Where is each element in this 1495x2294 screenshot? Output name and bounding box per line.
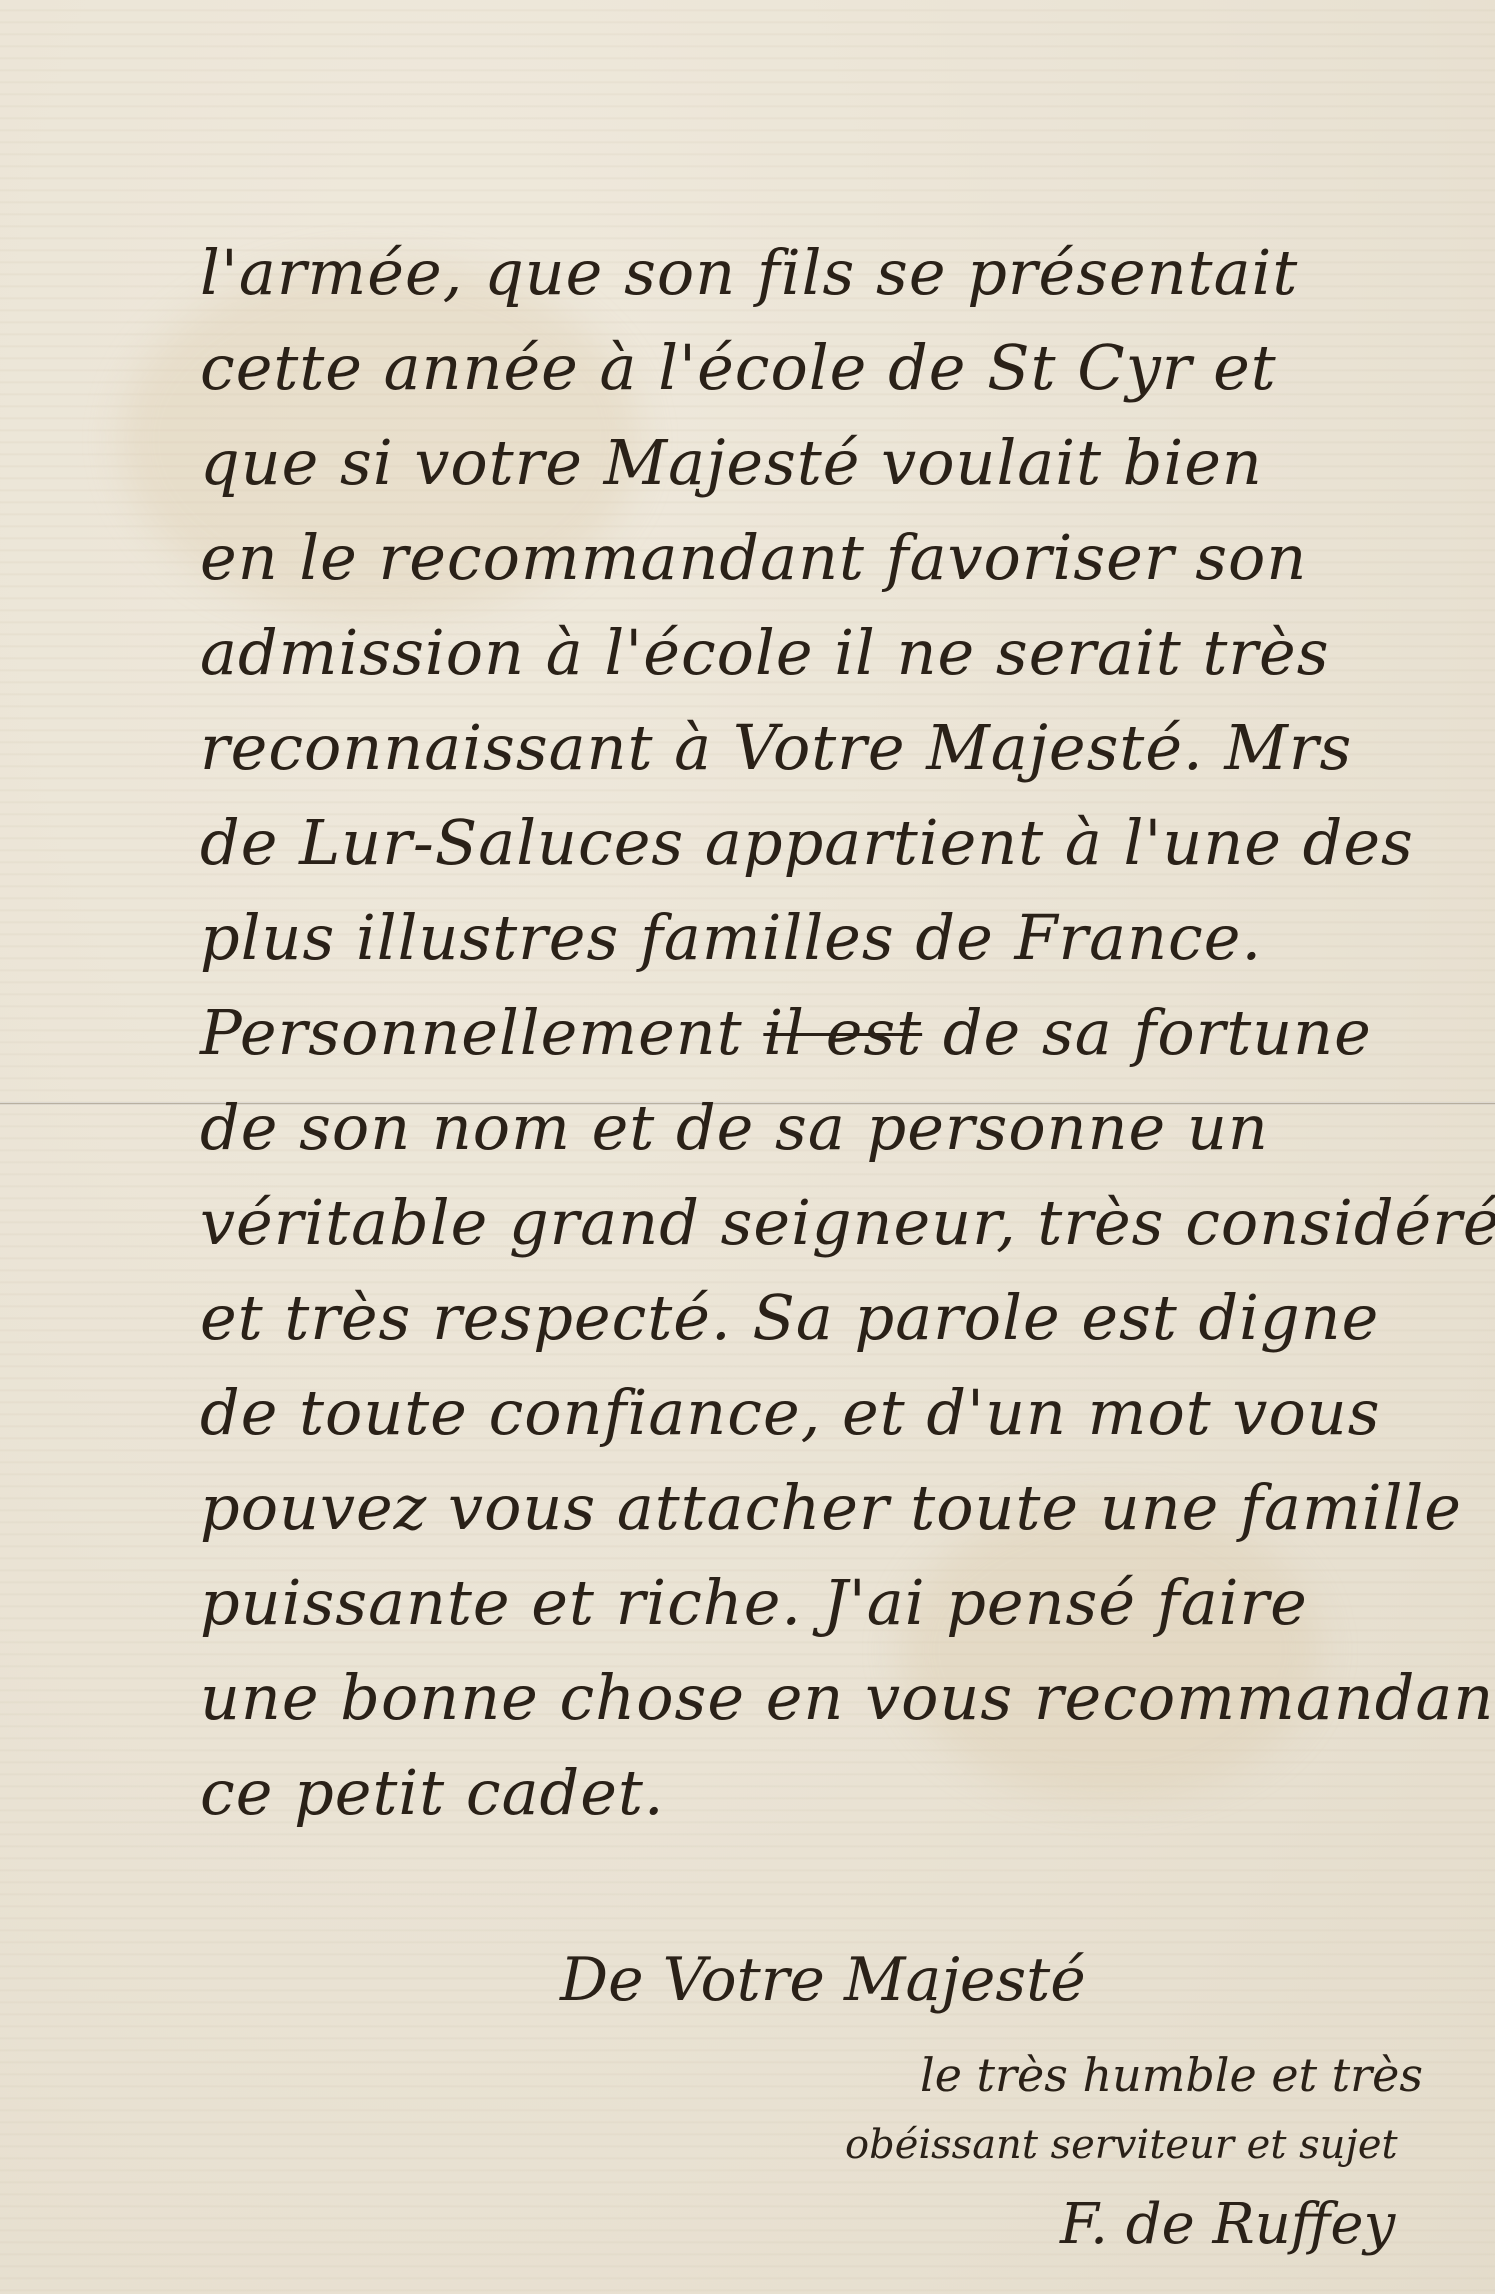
body-line: admission à l'école il ne serait très (200, 605, 1460, 700)
closing-salutation: De Votre Majesté (560, 1945, 1086, 2015)
body-line: reconnaissant à Votre Majesté. Mrs (200, 700, 1460, 795)
body-line: ce petit cadet. (200, 1745, 1460, 1840)
body-line: et très respecté. Sa parole est digne (200, 1270, 1460, 1365)
body-line: de toute confiance, et d'un mot vous (200, 1365, 1460, 1460)
body-line: de son nom et de sa personne un (200, 1080, 1460, 1175)
struck-through-text: il est (763, 996, 922, 1069)
signature-block: le très humble et très obéissant servite… (860, 2040, 1480, 2270)
signature-courtesy-line-1: le très humble et très (920, 2040, 1480, 2110)
body-line: pouvez vous attacher toute une famille (200, 1460, 1460, 1555)
letter-body: l'armée, que son fils se présentait cett… (200, 225, 1460, 1840)
body-line: en le recommandant favoriser son (200, 510, 1460, 605)
body-line: cette année à l'école de St Cyr et (200, 320, 1460, 415)
body-line: Personnellement il est de sa fortune (200, 985, 1460, 1080)
body-line: puissante et riche. J'ai pensé faire (200, 1555, 1460, 1650)
signature-name: F. de Ruffey (1060, 2180, 1480, 2270)
body-line: une bonne chose en vous recommandant (200, 1650, 1460, 1745)
body-line: l'armée, que son fils se présentait (200, 225, 1460, 320)
body-line: que si votre Majesté voulait bien (200, 415, 1460, 510)
body-line: de Lur-Saluces appartient à l'une des (200, 795, 1460, 890)
letter-page: l'armée, que son fils se présentait cett… (0, 0, 1495, 2294)
signature-courtesy-line-2: obéissant serviteur et sujet (845, 2110, 1480, 2180)
body-line: véritable grand seigneur, très considéré (200, 1175, 1460, 1270)
body-line: plus illustres familles de France. (200, 890, 1460, 985)
